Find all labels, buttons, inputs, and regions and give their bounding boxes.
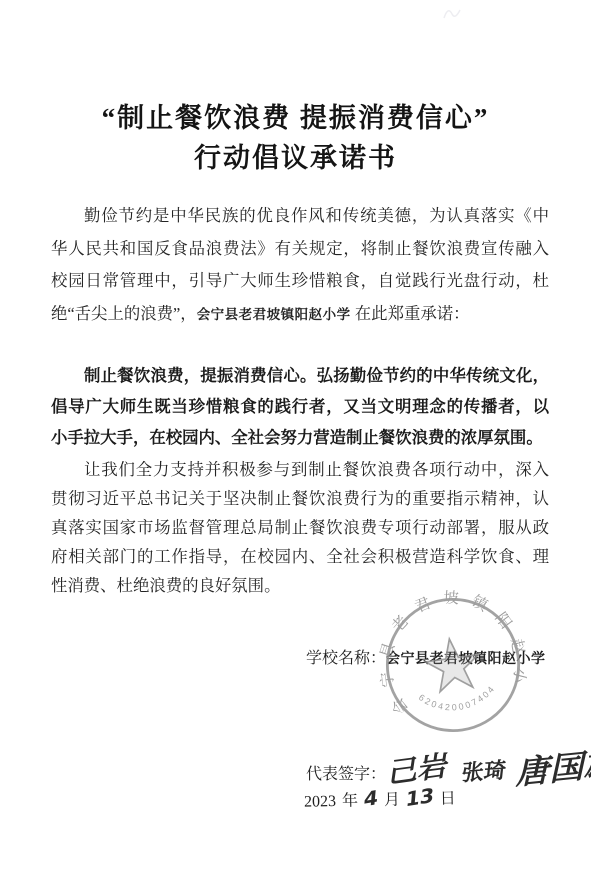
date-year-unit: 年 (342, 793, 358, 810)
body-line: 勤俭节约是中华民族的优良作风和传统美德，为认真落实《中 (51, 200, 549, 233)
handwritten-month: 4 (363, 785, 379, 811)
signature-line: 代表签字：己岩张琦唐国雄 (306, 742, 591, 789)
seal-code: 620420007404 (416, 682, 500, 718)
paragraph-2: 制止餐饮浪费，提振消费信心。弘扬勤俭节约的中华传统文化， 倡导广大师生既当珍惜粮… (51, 360, 549, 453)
date-day-unit: 日 (440, 790, 456, 807)
handwritten-day: 13 (405, 783, 436, 811)
body-line: 小手拉大手，在校园内、全社会努力营造制止餐饮浪费的浓厚氛围。 (51, 422, 549, 453)
body-line: 让我们全力支持并积极参与到制止餐饮浪费各项行动中，深入 (51, 455, 549, 484)
date-month-unit: 月 (384, 792, 400, 809)
body-line: 府相关部门的工作指导，在校园内、全社会积极营造科学饮食、理 (51, 542, 549, 571)
line4-prefix: 绝“舌尖上的浪费”， (51, 304, 197, 323)
body-line: 倡导广大师生既当珍惜粮食的践行者，又当文明理念的传播者，以 (51, 391, 549, 422)
star-icon (423, 635, 483, 693)
date-line: 2023年4月13日 (304, 784, 462, 811)
official-seal: 会宁县老君坡镇阳赵小学 620420007404 (378, 590, 528, 740)
body-line: 绝“舌尖上的浪费”，会宁县老君坡镇阳赵小学 在此郑重承诺： (51, 298, 549, 332)
body-line: 真落实国家市场监督管理总局制止餐饮浪费专项行动部署，服从政 (51, 513, 549, 542)
school-name-label: 学校名称： (306, 650, 386, 667)
handwritten-signature-3: 唐国雄 (513, 737, 591, 794)
document-title: “制止餐饮浪费 提振消费信心” 行动倡议承诺书 (0, 98, 591, 178)
paragraph-3: 让我们全力支持并积极参与到制止餐饮浪费各项行动中，深入 贯彻习近平总书记关于坚决… (51, 455, 549, 600)
scanned-commitment-letter: “制止餐饮浪费 提振消费信心” 行动倡议承诺书 勤俭节约是中华民族的优良作风和传… (0, 0, 591, 886)
inline-school-name: 会宁县老君坡镇阳赵小学 (197, 307, 351, 322)
scan-artifact-icon (440, 4, 464, 28)
body-line: 华人民共和国反食品浪费法》有关规定，将制止餐饮浪费宣传融入 (51, 233, 549, 266)
title-line-1: “制止餐饮浪费 提振消费信心” (0, 98, 591, 138)
line4-suffix: 在此郑重承诺： (351, 304, 470, 323)
body-line: 校园日常管理中，引导广大师生珍惜粮食，自觉践行光盘行动，杜 (51, 265, 549, 298)
title-line-2: 行动倡议承诺书 (0, 138, 591, 178)
date-year: 2023 (304, 793, 336, 811)
handwritten-signature-2: 张琦 (460, 754, 508, 788)
paragraph-1: 勤俭节约是中华民族的优良作风和传统美德，为认真落实《中 华人民共和国反食品浪费法… (51, 200, 549, 331)
body-line: 制止餐饮浪费，提振消费信心。弘扬勤俭节约的中华传统文化， (51, 360, 549, 391)
signature-label: 代表签字： (306, 766, 386, 783)
body-line: 贯彻习近平总书记关于坚决制止餐饮浪费行为的重要指示精神，认 (51, 484, 549, 513)
